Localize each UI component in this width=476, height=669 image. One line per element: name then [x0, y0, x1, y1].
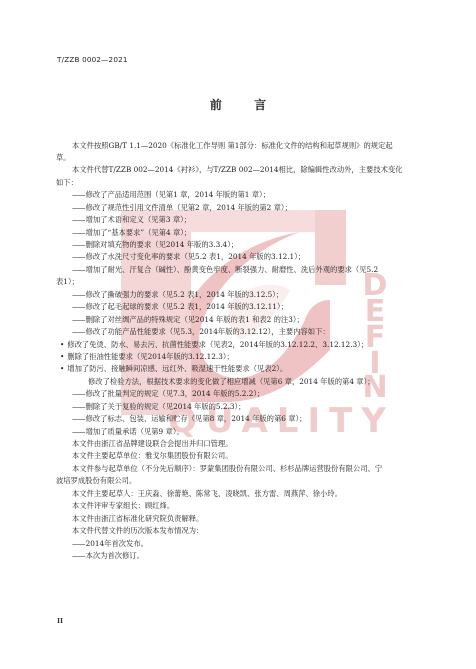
paragraph-line: 波培罗成股份有限公司。 — [56, 475, 418, 487]
paragraph-line: 本文件主要起草单位：雅戈尔集团股份有限公司。 — [56, 450, 418, 462]
change-item: 修改了撕破强力的要求（见5.2 表1，2014 年版的3.12.5）； — [56, 289, 418, 301]
change-item: 删除对填充物的要求（见2014 年版的3.3.4）； — [56, 239, 418, 251]
preface-body: 本文件按照GB/T 1.1—2020《标准化工作导则 第1部分：标准化文件的结构… — [56, 140, 418, 563]
change-item: 修改了标志、包装、运输和贮存（见第8 章，2014 年版的第6 章）； — [56, 413, 418, 425]
history-item: 2014年首次发布。 — [56, 538, 418, 550]
change-item: 删除了关于复验的规定（见2014 年版的5.2.3）； — [56, 401, 418, 413]
change-item: 修改了批量判定的规定（见7.3，2014 年版的5.2.2）； — [56, 388, 418, 400]
change-item: 增加了“基本要求”（见第4 章）； — [56, 227, 418, 239]
paragraph-line: 本文件由浙江省标准化研究院负责解释。 — [56, 513, 418, 525]
change-item: 增加了质量承诺（见第9 章）。 — [56, 426, 418, 438]
paragraph-line: 本文件参与起草单位（不分先后顺序）：罗蒙集团股份有限公司、杉杉品牌运营股份有限公… — [56, 463, 418, 475]
paragraph-line: 本文件主要起草人：王庆淼、徐蕾艳、陈常飞、凌晓凯、张方雷、周燕萍、徐小玲。 — [56, 488, 418, 500]
change-item: 修改了规范性引用文件清单（见第2 章，2014 年版的第2 章）； — [56, 202, 418, 214]
change-item: 修改了水洗尺寸变化率的要求（见5.2 表1，2014 年版的3.12.1）； — [56, 251, 418, 263]
change-item: 修改了产品适用范围（见第1 章，2014 年版的第1 章）； — [56, 189, 418, 201]
paragraph-line: 本文件代替文件的历次版本发布情况为： — [56, 525, 418, 537]
paragraph-line: 如下： — [56, 177, 418, 189]
page-number: II — [57, 617, 63, 625]
standard-code: T/ZZB 0002—2021 — [57, 55, 128, 64]
change-item: 增加了术语和定义（见第3 章）； — [56, 214, 418, 226]
change-item: 修改了起毛起球的要求（见5.2 表1，2014 年版的3.12.11）； — [56, 301, 418, 313]
paragraph-line: 本文件由浙江省品牌建设联合会提出并归口管理。 — [56, 438, 418, 450]
document-page: D E F I N QUALITY T/ZZB 0002—2021 前 言 本文… — [0, 0, 476, 669]
paragraph-line: 本文件代替T/ZZB 002—2014《衬衫》，与T/ZZB 002—2014相… — [56, 164, 418, 176]
change-item: 删除了对丝绸产品的特殊规定（见2014 年版的表1 和表2 的注3）； — [56, 314, 418, 326]
paragraph-line: 本文件按照GB/T 1.1—2020《标准化工作导则 第1部分：标准化文件的结构… — [56, 140, 418, 152]
bullet-item: 修改了免烫、防水、易去污、抗菌性能要求（见表2，2014年版的3.12.12.2… — [56, 339, 418, 351]
change-item: 修改了功能产品性能要求（见5.3，2014年版的3.12.12），主要内容如下： — [56, 326, 418, 338]
history-item: 本次为首次修订。 — [56, 550, 418, 562]
change-item: 增加了耐光、汗复合（碱性）、酚黄变色牢度、断裂强力、耐磨性、洗后外观的要求（见5… — [56, 264, 418, 276]
paragraph-line: 表1）； — [56, 276, 418, 288]
change-item: 修改了检验方法，根据技术要求的变化做了相应增减（见第6 章，2014 年版的第4… — [56, 376, 418, 388]
bullet-item: 增加了防污、接触瞬间凉感、远红外、吸湿速干性能要求（见表2）。 — [56, 363, 418, 375]
paragraph-line: 本文件评审专家组长：顾红烽。 — [56, 500, 418, 512]
paragraph-line: 草。 — [56, 152, 418, 164]
page-title: 前 言 — [0, 96, 476, 113]
bullet-item: 删除了拒油性能要求（见2014年版的3.12.12.3）； — [56, 351, 418, 363]
